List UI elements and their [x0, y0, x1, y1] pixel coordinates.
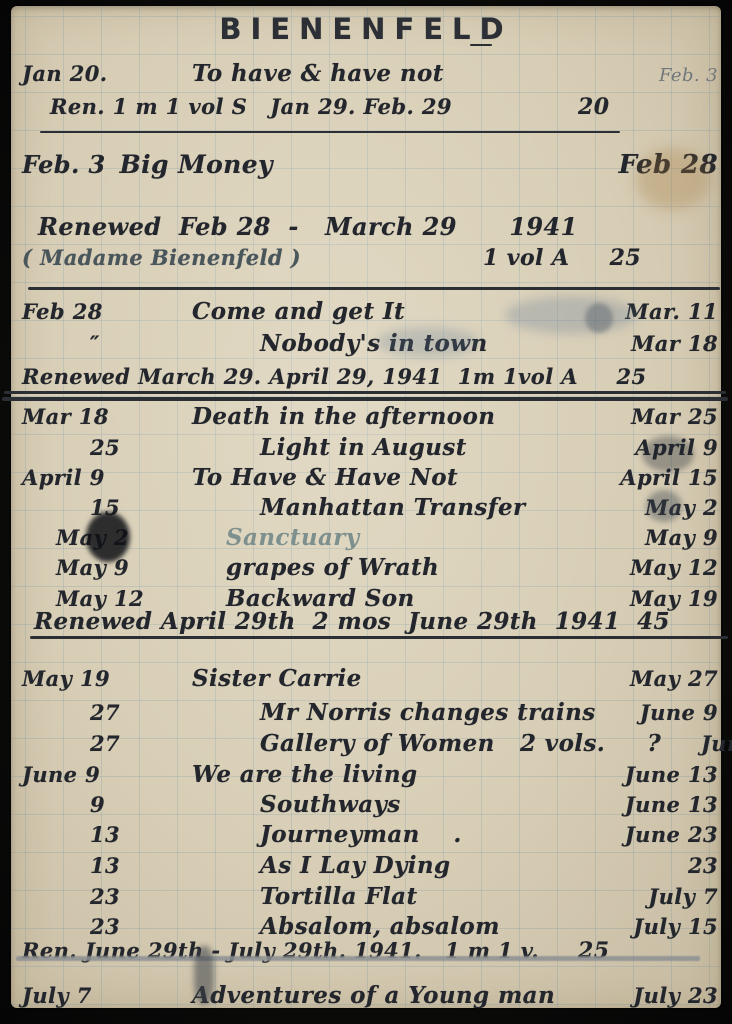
renewal-note: Renewed March 29. April 29, 1941 1m 1vol…: [22, 364, 718, 389]
borrow-date: 27: [22, 731, 240, 756]
book-title: Sanctuary: [206, 524, 600, 551]
book-title: Gallery of Women 2 vols. ?: [240, 730, 661, 757]
borrow-date: Jan 20.: [22, 61, 172, 86]
book-title: To have & have not: [172, 60, 600, 87]
ledger-row: ″ Nobody's in town Mar 18: [22, 330, 718, 357]
borrow-date: 25: [22, 435, 240, 460]
ledger-row: 27 Gallery of Women 2 vols. ? June 9: [22, 730, 718, 757]
pencil-rule: [16, 956, 700, 961]
renewal-note: Renewed April 29th 2 mos June 29th 1941 …: [34, 608, 718, 635]
ledger-row: June 9 We are the living June 13: [22, 761, 718, 788]
renewal-note-row: Ren. 1 m 1 vol S Jan 29. Feb. 29 20: [22, 94, 718, 120]
ledger-row: Mar 18 Death in the afternoon Mar 25: [22, 403, 718, 430]
handwriting-layer: BIENENFELD Jan 20. To have & have not Fe…: [0, 0, 732, 1024]
ditto-mark: ″: [22, 331, 240, 356]
borrow-date: 27: [22, 700, 240, 725]
book-title: Tortilla Flat: [240, 883, 600, 910]
ledger-row: 15 Manhattan Transfer May 2: [22, 494, 718, 521]
ledger-row: May 2 Sanctuary May 9: [22, 524, 718, 551]
borrow-date: 13: [22, 822, 240, 847]
return-date: June 9: [600, 700, 718, 725]
ink-rule: [28, 287, 720, 290]
borrow-date: May 2: [22, 525, 206, 550]
book-title: Absalom, absalom: [240, 913, 600, 940]
return-date: July 7: [600, 884, 718, 909]
scanned-library-card: BIENENFELD Jan 20. To have & have not Fe…: [0, 0, 732, 1024]
ledger-row: Jan 20. To have & have not Feb. 3: [22, 60, 718, 87]
book-title: Mr Norris changes trains: [240, 699, 600, 726]
ink-rule: [40, 131, 620, 133]
ledger-row: 23 Tortilla Flat July 7: [22, 883, 718, 910]
borrow-date: 13: [22, 853, 240, 878]
return-date: June 13: [600, 762, 718, 787]
book-title: Big Money: [106, 150, 273, 179]
cardholder-name: BIENENFELD: [0, 12, 732, 46]
borrow-date: 23: [22, 914, 240, 939]
renewal-note-row: Renewed April 29th 2 mos June 29th 1941 …: [22, 608, 718, 635]
return-date: July 23: [600, 983, 718, 1008]
renewal-note-row: Renewed March 29. April 29, 1941 1m 1vol…: [22, 364, 718, 389]
borrow-date: Feb 28: [22, 299, 172, 324]
ledger-row: 13 As I Lay Dying 23: [22, 852, 718, 879]
borrower-note: ( Madame Bienenfeld ): [22, 245, 301, 270]
ink-rule: [4, 391, 726, 394]
return-date: Feb 28: [600, 150, 718, 180]
borrow-date: July 7: [22, 983, 172, 1008]
ledger-row: 27 Mr Norris changes trains June 9: [22, 699, 718, 726]
renewal-note-row: Renewed Feb 28 - March 29 1941: [22, 212, 718, 241]
book-title: Southways: [240, 791, 600, 818]
return-date: June 9: [661, 731, 732, 756]
borrow-date: Mar 18: [22, 404, 172, 429]
renewal-amount: 1 vol A 25: [483, 245, 718, 271]
return-date: Mar. 11: [600, 299, 718, 324]
return-date: April 9: [600, 435, 718, 460]
renewal-note: Renewed Feb 28 - March 29 1941: [38, 212, 718, 241]
book-title: Nobody's in town: [240, 330, 600, 357]
return-date: 23: [600, 853, 718, 878]
return-date: Mar 18: [600, 331, 718, 356]
book-title: Come and get It: [172, 298, 600, 325]
ledger-row: July 7 Adventures of a Young man July 23: [22, 982, 718, 1009]
book-title: Manhattan Transfer: [240, 494, 600, 521]
ledger-row: April 9 To Have & Have Not April 15: [22, 464, 718, 491]
borrow-date: April 9: [22, 465, 172, 490]
borrow-date: May 19: [22, 666, 172, 691]
return-date: July 15: [600, 914, 718, 939]
borrow-date: 15: [22, 495, 240, 520]
ledger-row: 13 Journeyman . June 23: [22, 821, 718, 848]
ink-rule: [30, 636, 728, 639]
return-date: June 13: [600, 792, 718, 817]
return-date: May 12: [600, 555, 718, 580]
borrow-date: June 9: [22, 762, 172, 787]
name-underline-mark: [470, 44, 492, 46]
renewal-amount: 20: [578, 94, 718, 120]
borrow-date: 23: [22, 884, 240, 909]
book-title: Sister Carrie: [172, 665, 600, 692]
book-title: Adventures of a Young man: [172, 982, 600, 1009]
ledger-row: 23 Absalom, absalom July 15: [22, 913, 718, 940]
return-date: April 15: [600, 465, 718, 490]
return-date: May 2: [600, 495, 718, 520]
renewal-note: Ren. 1 m 1 vol S Jan 29. Feb. 29: [50, 94, 578, 119]
book-title: grapes of Wrath: [206, 554, 600, 581]
book-title: To Have & Have Not: [172, 464, 600, 491]
return-date: May 27: [600, 666, 718, 691]
return-date: Mar 25: [600, 404, 718, 429]
ledger-row: Feb. 3 Big Money Feb 28: [22, 150, 718, 180]
ledger-row: Feb 28 Come and get It Mar. 11: [22, 298, 718, 325]
return-date: Feb. 3: [600, 65, 718, 86]
book-title: Death in the afternoon: [172, 403, 600, 430]
book-title: Light in August: [240, 434, 600, 461]
return-date: May 9: [600, 525, 718, 550]
ink-rule: [2, 397, 728, 401]
book-title: Journeyman .: [240, 821, 600, 848]
ledger-row: May 19 Sister Carrie May 27: [22, 665, 718, 692]
renewal-note-row: ( Madame Bienenfeld ) 1 vol A 25: [22, 245, 718, 271]
book-title: As I Lay Dying: [240, 852, 600, 879]
book-title: We are the living: [172, 761, 600, 788]
ledger-row: May 9 grapes of Wrath May 12: [22, 554, 718, 581]
borrow-date: 9: [22, 792, 240, 817]
borrow-date: Feb. 3: [22, 150, 106, 179]
ledger-row: 9 Southways June 13: [22, 791, 718, 818]
ledger-row: 25 Light in August April 9: [22, 434, 718, 461]
borrow-date: May 9: [22, 555, 206, 580]
return-date: June 23: [600, 822, 718, 847]
